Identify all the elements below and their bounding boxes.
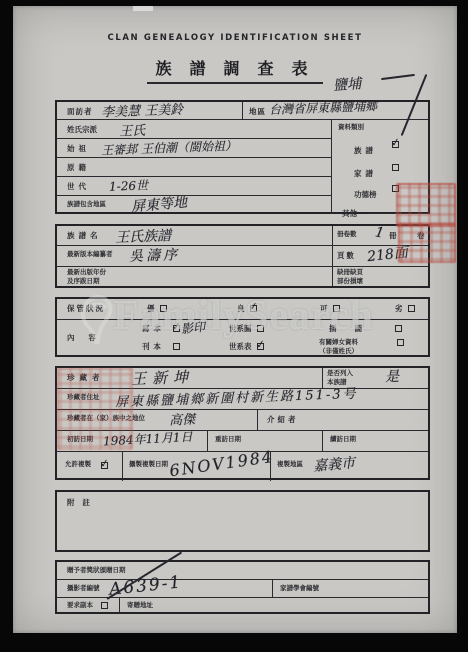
cond-good-label: 良	[237, 304, 246, 313]
microfilm-scan: { "header": { "sheet_title": "CLAN GENEA…	[0, 0, 468, 652]
checkbox-lineage-chart	[257, 325, 264, 332]
clan-label: 姓氏宗派	[67, 125, 97, 134]
compiler-value: 吳濤序	[129, 244, 181, 266]
divider	[242, 102, 243, 119]
scanned-form-paper: CLAN GENEALOGY IDENTIFICATION SHEET 族 譜 …	[13, 6, 457, 633]
divider	[119, 598, 120, 614]
clan-value: 王氏	[119, 120, 146, 140]
film-area-value: 嘉義市	[312, 452, 356, 476]
contents-label: 內 容	[67, 333, 102, 342]
pubyear-label-line2: 及序跋日期	[67, 278, 100, 286]
women-data-label: 有關婦女資料	[319, 339, 358, 347]
cond-fair-label: 可	[320, 304, 329, 313]
table-volume-info: 族譜名 王氏族譜 冊卷數 1 冊 卷 最新版本編纂者 吳濤序 頁 數 218面 …	[55, 224, 430, 288]
origin-label: 原籍	[67, 163, 90, 172]
divider	[257, 410, 258, 430]
interviewer-value: 李美慧 王美鈴	[101, 99, 184, 121]
area-label: 地區	[249, 107, 266, 116]
missing-label-line2: 部份損壞	[337, 278, 363, 286]
pages-label: 頁 數	[337, 251, 354, 260]
introducer-label: 介紹者	[267, 415, 299, 424]
checkbox-request-copy	[101, 602, 108, 609]
generations-value: 1-26世	[109, 176, 149, 194]
owner-position-value: 高傑	[169, 409, 196, 429]
region-note-handwriting: 鹽埔	[332, 73, 361, 95]
volume-count-value: 1	[374, 224, 386, 241]
checkbox-women-data	[397, 339, 404, 346]
checkbox-excellent	[160, 305, 167, 312]
table-notes: 附 註	[55, 490, 430, 552]
red-seal-right	[396, 183, 458, 267]
genealogy-name-label: 族譜名	[67, 231, 102, 240]
checkbox-lineage-table	[257, 343, 264, 350]
volume-count-label: 冊卷數	[337, 231, 357, 239]
missing-label-line1: 缺冊缺頁	[337, 269, 363, 277]
red-seal-left	[57, 368, 133, 450]
category-label: 資料類別	[338, 124, 364, 132]
divider	[122, 452, 123, 481]
compiler-label: 最新版本編纂者	[67, 251, 113, 259]
listed-value: 是	[385, 366, 400, 386]
checkbox-fair	[333, 305, 340, 312]
owner-value: 王新坤	[131, 366, 195, 389]
form-title-wrap: 族 譜 調 查 表	[13, 56, 457, 84]
checkbox-poor	[408, 305, 415, 312]
divider	[322, 431, 323, 451]
photographer-no-label: 攝影者編號	[67, 585, 100, 593]
manuscript-label: 寫 本	[142, 324, 162, 333]
checkbox-manuscript	[173, 325, 180, 332]
film-date-label: 攝製複製日期	[129, 461, 168, 469]
coverage-value: 屏東等地	[130, 192, 188, 217]
notes-label: 附 註	[67, 498, 93, 507]
society-no-label: 家譜學會編號	[280, 585, 319, 593]
checkbox-jiapu	[392, 164, 399, 171]
coverage-label: 族譜包含地區	[67, 201, 106, 209]
red-seal-right-upper	[396, 183, 456, 227]
checkbox-good	[250, 305, 257, 312]
interviewer-label: 面訪者	[67, 107, 93, 116]
manuscript-note-handwriting: 影印	[180, 318, 206, 337]
request-copy-label: 要求副本	[67, 602, 93, 610]
checkbox-zupu	[392, 141, 399, 148]
founder-label: 始祖	[67, 144, 90, 153]
form-title: 族 譜 調 查 表	[147, 56, 322, 84]
divider	[332, 226, 333, 245]
lineage-table-label: 世系表	[229, 342, 252, 351]
pubyear-label-line1: 最新出版年份	[67, 269, 106, 277]
listed-label-line1: 是否列入	[327, 370, 353, 378]
founder-value: 王審邽 王伯潮（閩始祖）	[101, 137, 237, 159]
cat-zupu-label: 族 譜	[354, 146, 374, 155]
table-condition-contents: 保管狀況 優 良 可 劣 內 容 寫 本 影印 世系圖 插圖 刊 本 世系表 有…	[55, 297, 430, 357]
table-numbering: 贈予者獎狀頒贈日期 攝影者編號 A639-1 家譜學會編號 要求副本 寄贈地址	[55, 560, 430, 614]
table-basic-info: 面訪者 李美慧 王美鈴 地區 台灣省屏東縣鹽埔鄉 姓氏宗派 王氏 始祖 王審邽 …	[55, 100, 430, 214]
basic-left-column: 姓氏宗派 王氏 始祖 王審邽 王伯潮（閩始祖） 原籍 世代 1-26世 族譜包含…	[57, 120, 332, 214]
film-date-value: 6NOV1984	[168, 447, 275, 480]
divider	[272, 580, 273, 597]
revisit-label: 重訪日期	[215, 436, 241, 444]
film-area-label: 複製地區	[277, 461, 303, 469]
sheet-header-english: CLAN GENEALOGY IDENTIFICATION SHEET	[13, 33, 457, 43]
film-edge-notch	[133, 6, 153, 11]
award-date-label: 贈予者獎狀頒贈日期	[67, 567, 126, 575]
red-seal-left-box	[57, 368, 133, 450]
send-address-label: 寄贈地址	[127, 602, 153, 610]
followup-visit-label: 續訪日期	[330, 436, 356, 444]
permit-copy-label: 允許複製	[65, 461, 91, 469]
cond-poor-label: 劣	[395, 304, 404, 313]
divider	[332, 246, 333, 265]
women-data-sublabel: （非僅姓氏）	[319, 348, 358, 356]
printed-label: 刊 本	[142, 342, 162, 351]
cat-other-label: 其他	[342, 209, 357, 218]
illustration-label: 插圖	[329, 324, 380, 333]
generations-label: 世代	[67, 182, 90, 191]
cat-jiapu-label: 家 譜	[354, 169, 374, 178]
divider	[332, 267, 333, 286]
checkbox-permit-copy	[101, 462, 108, 469]
cond-excellent-label: 優	[147, 304, 156, 313]
divider	[207, 431, 208, 451]
cat-gongdebang-label: 功德榜	[354, 190, 377, 199]
lineage-chart-label: 世系圖	[229, 324, 252, 333]
checkbox-printed	[173, 343, 180, 350]
area-value: 台灣省屏東縣鹽埔鄉	[269, 97, 378, 118]
checkbox-illustration	[395, 325, 402, 332]
condition-label: 保管狀況	[67, 304, 105, 313]
red-seal-right-lower	[398, 223, 456, 263]
